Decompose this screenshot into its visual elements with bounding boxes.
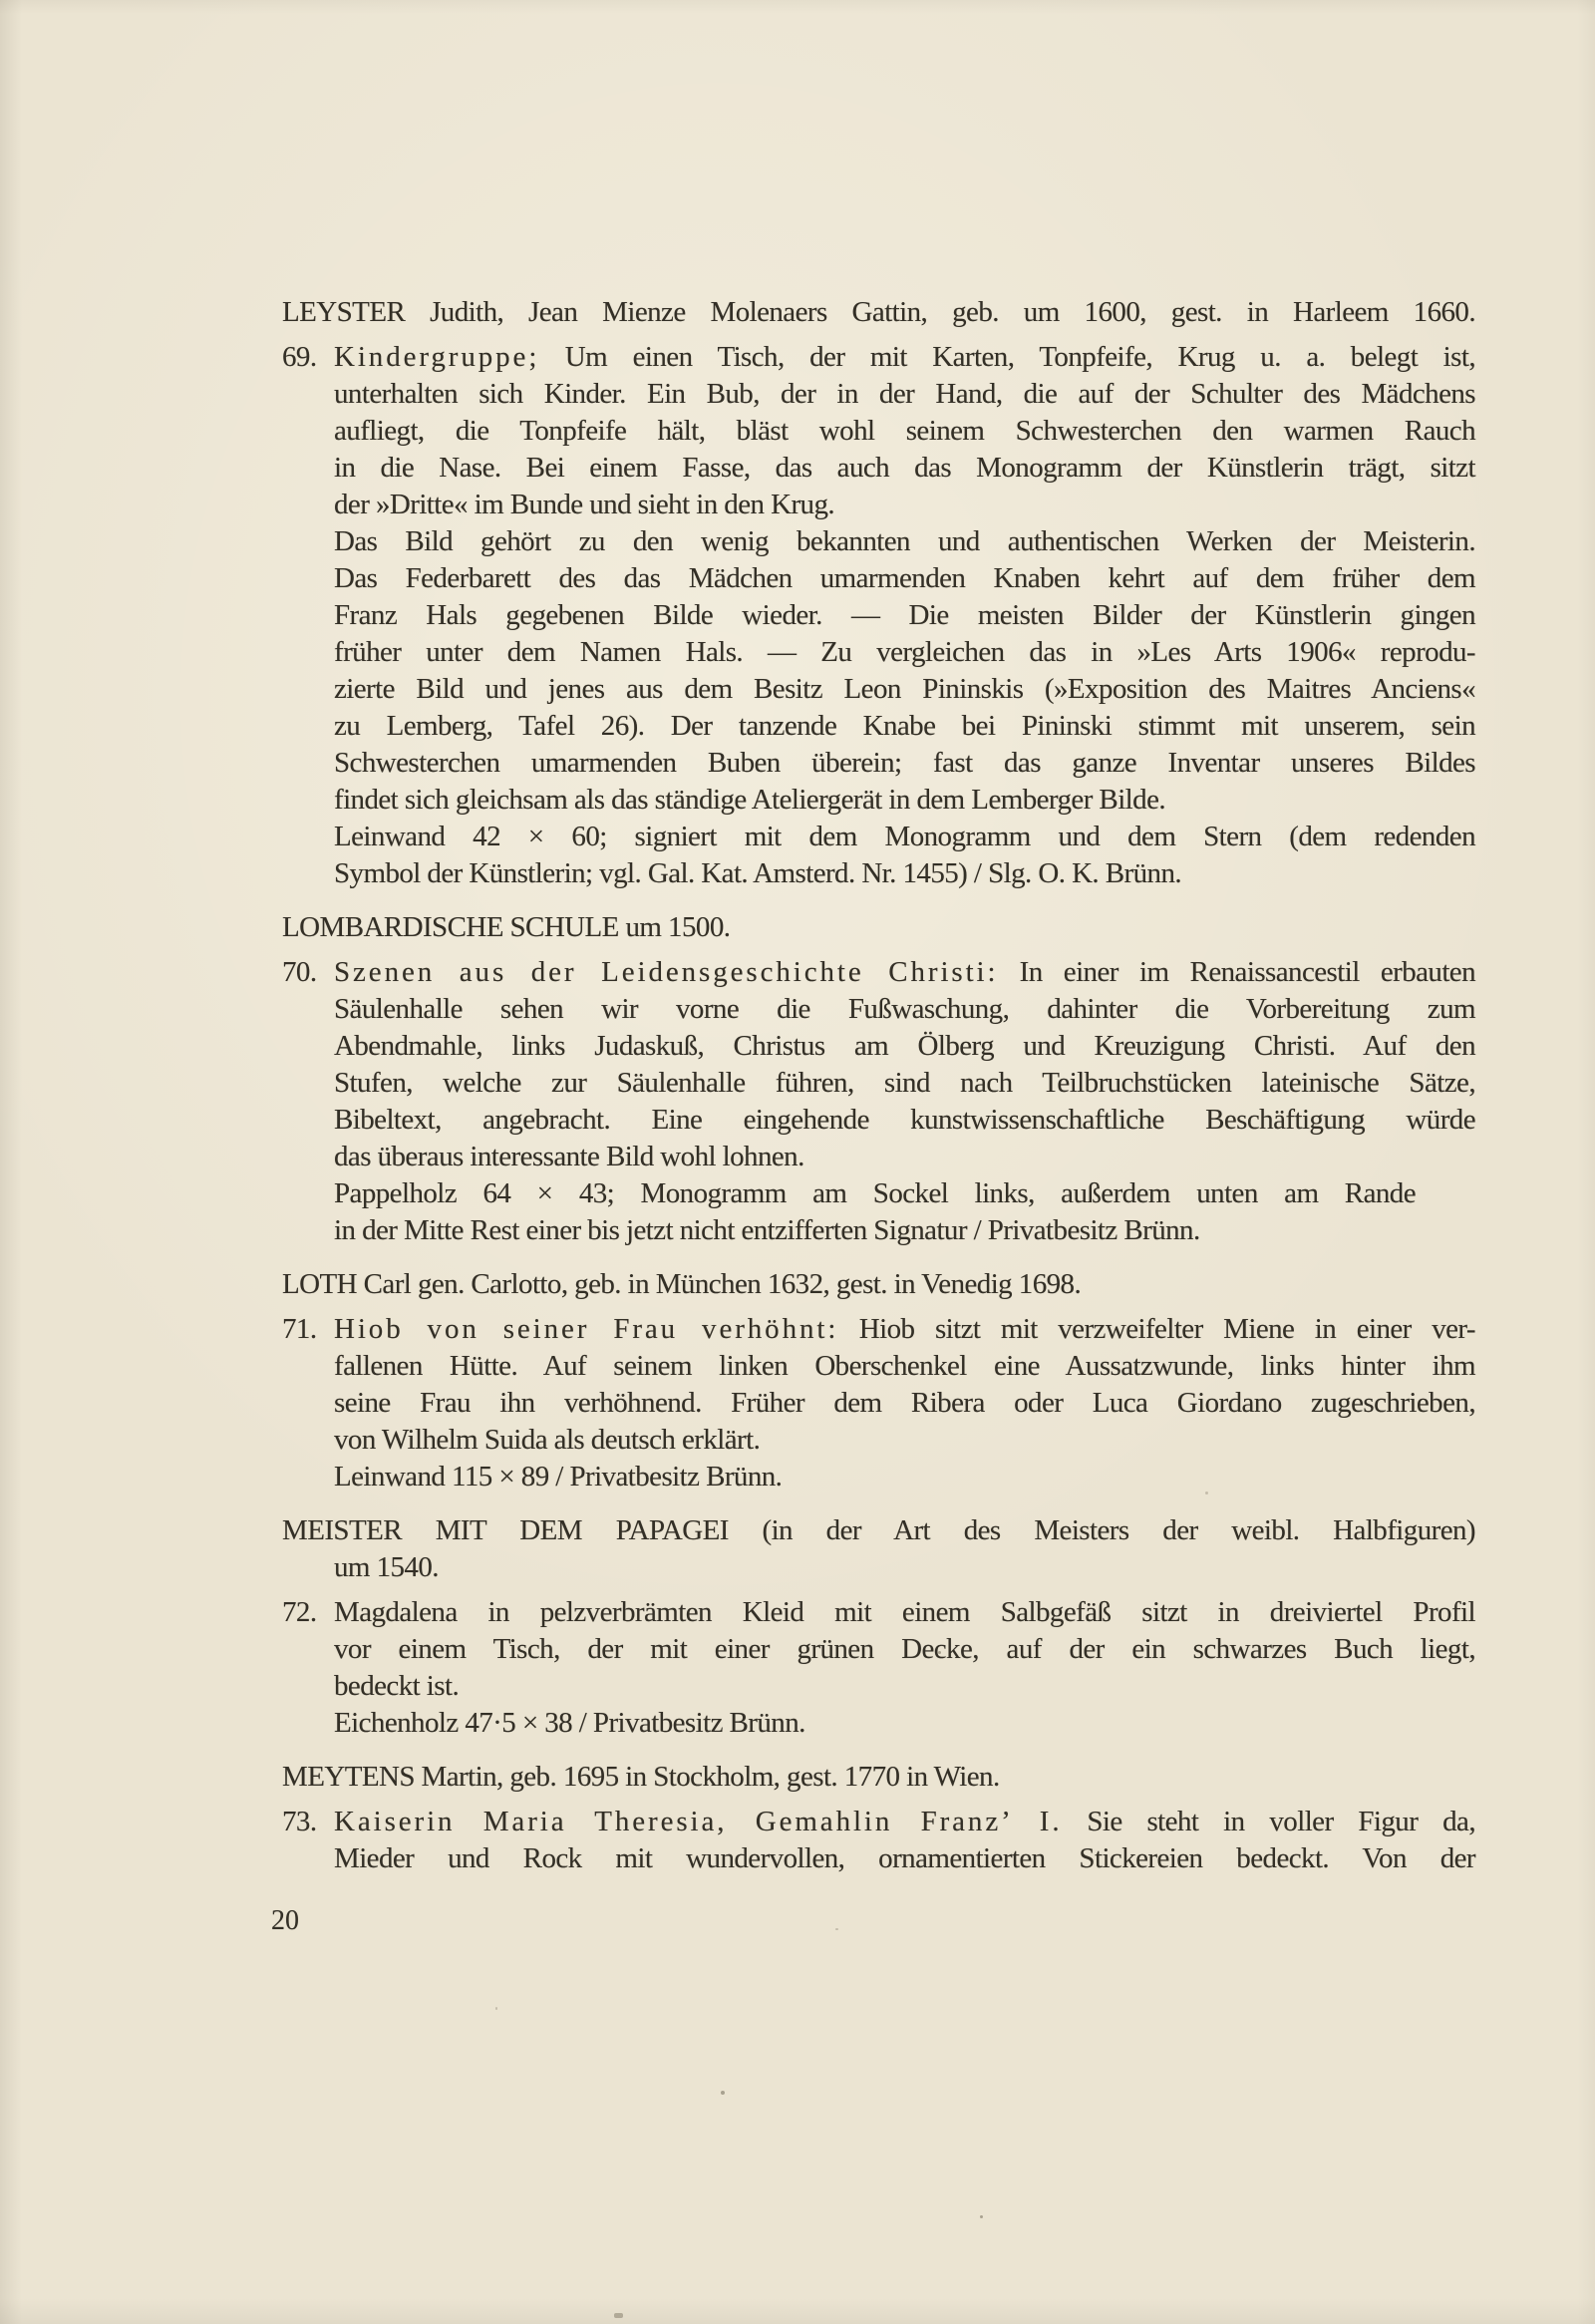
text-line: Eichenholz 47·5 × 38 / Privatbesitz Brün… [334, 1705, 1475, 1742]
entry-number: 69. [282, 339, 317, 376]
catalog-text-block: LEYSTER Judith, Jean Mienze Molenaers Ga… [282, 294, 1475, 1877]
paper-speck [614, 2313, 623, 2318]
text-line: zierte Bild und jenes aus dem Besitz Leo… [334, 671, 1475, 708]
page-number: 20 [271, 1902, 299, 1939]
line-text: In einer im Renaissancestil erbauten [1020, 956, 1475, 988]
paper-speck [980, 2215, 983, 2218]
artist-header: LOMBARDISCHE SCHULE um 1500. [282, 909, 1475, 946]
entry-title-spaced: Hiob von seiner Frau verhöhnt: [334, 1313, 838, 1345]
text-line: in die Nase. Bei einem Fasse, das auch d… [334, 450, 1475, 487]
artist-header: MEISTER MIT DEM PAPAGEI (in der Art des … [282, 1512, 1475, 1586]
text-line: fallenen Hütte. Auf seinem linken Obersc… [334, 1348, 1475, 1385]
entry-paragraph: Hiob von seiner Frau verhöhnt: Hiob sitz… [334, 1311, 1475, 1459]
text-line: bedeckt ist. [334, 1668, 1475, 1705]
text-line: Szenen aus der Leidensgeschichte Christi… [334, 954, 1475, 991]
entry-number: 71. [282, 1311, 317, 1348]
entry-paragraph: Leinwand 42 × 60; signiert mit dem Monog… [334, 819, 1475, 892]
entry-title-spaced: Kindergruppe; [334, 341, 539, 373]
text-line: Bibeltext, angebracht. Eine eingehende k… [334, 1102, 1475, 1139]
header-line: LOMBARDISCHE SCHULE um 1500. [282, 909, 1475, 946]
text-line: Abendmahle, links Judaskuß, Christus am … [334, 1028, 1475, 1065]
entry-title-spaced: Szenen aus der Leidensgeschichte Christi… [334, 956, 998, 988]
line-text: Um einen Tisch, der mit Karten, Tonpfeif… [565, 341, 1475, 373]
paper-speck [1205, 1492, 1208, 1494]
header-line: MEYTENS Martin, geb. 1695 in Stockholm, … [282, 1759, 1475, 1796]
text-line: vor einem Tisch, der mit einer grünen De… [334, 1631, 1475, 1668]
text-line: unterhalten sich Kinder. Ein Bub, der in… [334, 376, 1475, 413]
entry-paragraph: Szenen aus der Leidensgeschichte Christi… [334, 954, 1475, 1175]
text-line: findet sich gleichsam als das ständige A… [334, 782, 1475, 819]
entry-paragraph: Kindergruppe; Um einen Tisch, der mit Ka… [334, 339, 1475, 523]
entry-paragraph: Das Bild gehört zu den wenig bekannten u… [334, 523, 1475, 819]
catalog-entry: 70.Szenen aus der Leidensgeschichte Chri… [282, 954, 1475, 1249]
artist-header: LEYSTER Judith, Jean Mienze Molenaers Ga… [282, 294, 1475, 331]
paper-speck [938, 1651, 941, 1654]
entry-number: 73. [282, 1804, 317, 1840]
text-line: Pappelholz 64 × 43; Monogramm am Sockel … [334, 1175, 1475, 1212]
text-line: zu Lemberg, Tafel 26). Der tanzende Knab… [334, 708, 1475, 745]
text-line: Mieder und Rock mit wundervollen, orname… [334, 1840, 1475, 1877]
artist-header: LOTH Carl gen. Carlotto, geb. in München… [282, 1266, 1475, 1303]
entry-paragraph: Leinwand 115 × 89 / Privatbesitz Brünn. [334, 1459, 1475, 1495]
line-text: Hiob sitzt mit verzweifelter Miene in ei… [859, 1313, 1475, 1345]
text-line: in der Mitte Rest einer bis jetzt nicht … [334, 1212, 1475, 1249]
text-line: Das Bild gehört zu den wenig bekannten u… [334, 523, 1475, 560]
entry-paragraph: Kaiserin Maria Theresia, Gemahlin Franz’… [334, 1804, 1475, 1877]
text-line: Säulenhalle sehen wir vorne die Fußwasch… [334, 991, 1475, 1028]
paper-speck [721, 2091, 725, 2095]
text-line: Kaiserin Maria Theresia, Gemahlin Franz’… [334, 1804, 1475, 1840]
entry-paragraph: Magdalena in pelzverbrämten Kleid mit ei… [334, 1594, 1475, 1705]
catalog-entry: 69.Kindergruppe; Um einen Tisch, der mit… [282, 339, 1475, 892]
header-line: LOTH Carl gen. Carlotto, geb. in München… [282, 1266, 1475, 1303]
text-line: seine Frau ihn verhöhnend. Früher dem Ri… [334, 1385, 1475, 1422]
text-line: Magdalena in pelzverbrämten Kleid mit ei… [334, 1594, 1475, 1631]
text-line: Hiob von seiner Frau verhöhnt: Hiob sitz… [334, 1311, 1475, 1348]
header-line: LEYSTER Judith, Jean Mienze Molenaers Ga… [282, 294, 1475, 331]
text-line: Das Federbarett des das Mädchen umarmend… [334, 560, 1475, 597]
text-line: Leinwand 42 × 60; signiert mit dem Monog… [334, 819, 1475, 855]
text-line: Leinwand 115 × 89 / Privatbesitz Brünn. [334, 1459, 1475, 1495]
line-text: Sie steht in voller Figur da, [1087, 1806, 1475, 1837]
catalog-entry: 72.Magdalena in pelzverbrämten Kleid mit… [282, 1594, 1475, 1742]
header-line: um 1540. [282, 1549, 1475, 1586]
text-line: früher unter dem Namen Hals. — Zu vergle… [334, 634, 1475, 671]
artist-header: MEYTENS Martin, geb. 1695 in Stockholm, … [282, 1759, 1475, 1796]
text-line: Franz Hals gegebenen Bilde wieder. — Die… [334, 597, 1475, 634]
text-line: Symbol der Künstlerin; vgl. Gal. Kat. Am… [334, 855, 1475, 892]
header-line: MEISTER MIT DEM PAPAGEI (in der Art des … [282, 1512, 1475, 1549]
text-line: aufliegt, die Tonpfeife hält, bläst wohl… [334, 413, 1475, 450]
entry-number: 70. [282, 954, 317, 991]
entry-title-spaced: Kaiserin Maria Theresia, Gemahlin Franz’… [334, 1806, 1063, 1837]
text-line: Kindergruppe; Um einen Tisch, der mit Ka… [334, 339, 1475, 376]
text-line: das überaus interessante Bild wohl lohne… [334, 1139, 1475, 1175]
text-line: von Wilhelm Suida als deutsch erklärt. [334, 1422, 1475, 1459]
entry-paragraph: Eichenholz 47·5 × 38 / Privatbesitz Brün… [334, 1705, 1475, 1742]
text-line: der »Dritte« im Bunde und sieht in den K… [334, 487, 1475, 523]
paper-speck [495, 2007, 497, 2010]
entry-number: 72. [282, 1594, 317, 1631]
paper-speck [835, 1928, 838, 1930]
text-line: Schwesterchen umarmenden Buben überein; … [334, 745, 1475, 782]
entry-paragraph: Pappelholz 64 × 43; Monogramm am Sockel … [334, 1175, 1475, 1249]
catalog-entry: 71.Hiob von seiner Frau verhöhnt: Hiob s… [282, 1311, 1475, 1495]
book-page: LEYSTER Judith, Jean Mienze Molenaers Ga… [0, 0, 1595, 2324]
text-line: Stufen, welche zur Säulenhalle führen, s… [334, 1065, 1475, 1102]
catalog-entry: 73.Kaiserin Maria Theresia, Gemahlin Fra… [282, 1804, 1475, 1877]
